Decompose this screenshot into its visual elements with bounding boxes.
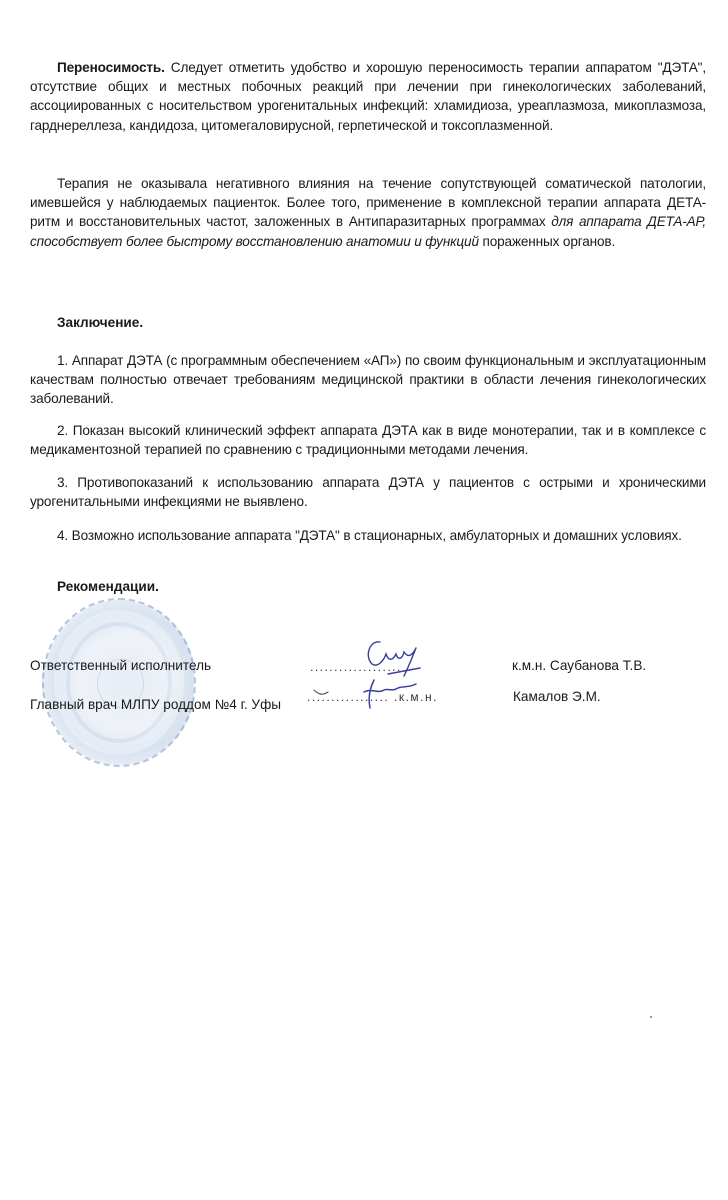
official-stamp — [42, 598, 196, 767]
therapy-text-tail: пораженных органов. — [479, 234, 615, 249]
signature-name-2: Камалов Э.М. — [513, 689, 601, 704]
conclusion-item-1: 1. Аппарат ДЭТА (с программным обеспечен… — [30, 351, 706, 409]
recommendations-heading: Рекомендации. — [57, 579, 159, 594]
document-page: Переносимость. Следует отметить удобство… — [0, 0, 728, 1200]
conclusion-item-3: 3. Противопоказаний к использованию аппа… — [30, 473, 706, 511]
tolerance-title: Переносимость. — [57, 60, 165, 75]
signature-role-1: Ответственный исполнитель — [30, 658, 211, 673]
conclusion-item-4: 4. Возможно использование аппарата "ДЭТА… — [30, 526, 706, 545]
therapy-paragraph: Терапия не оказывала негативного влияния… — [30, 174, 706, 251]
conclusion-item-2: 2. Показан высокий клинический эффект ап… — [30, 421, 706, 459]
signature-name-1: к.м.н. Саубанова Т.В. — [512, 658, 646, 673]
signature-1-handwritten — [358, 634, 428, 680]
scan-speck — [650, 1016, 652, 1018]
tolerance-paragraph: Переносимость. Следует отметить удобство… — [30, 58, 706, 135]
signature-role-2: Главный врач МЛПУ роддом №4 г. Уфы — [30, 697, 281, 712]
conclusion-heading: Заключение. — [57, 315, 143, 330]
signature-2-handwritten — [312, 676, 422, 710]
